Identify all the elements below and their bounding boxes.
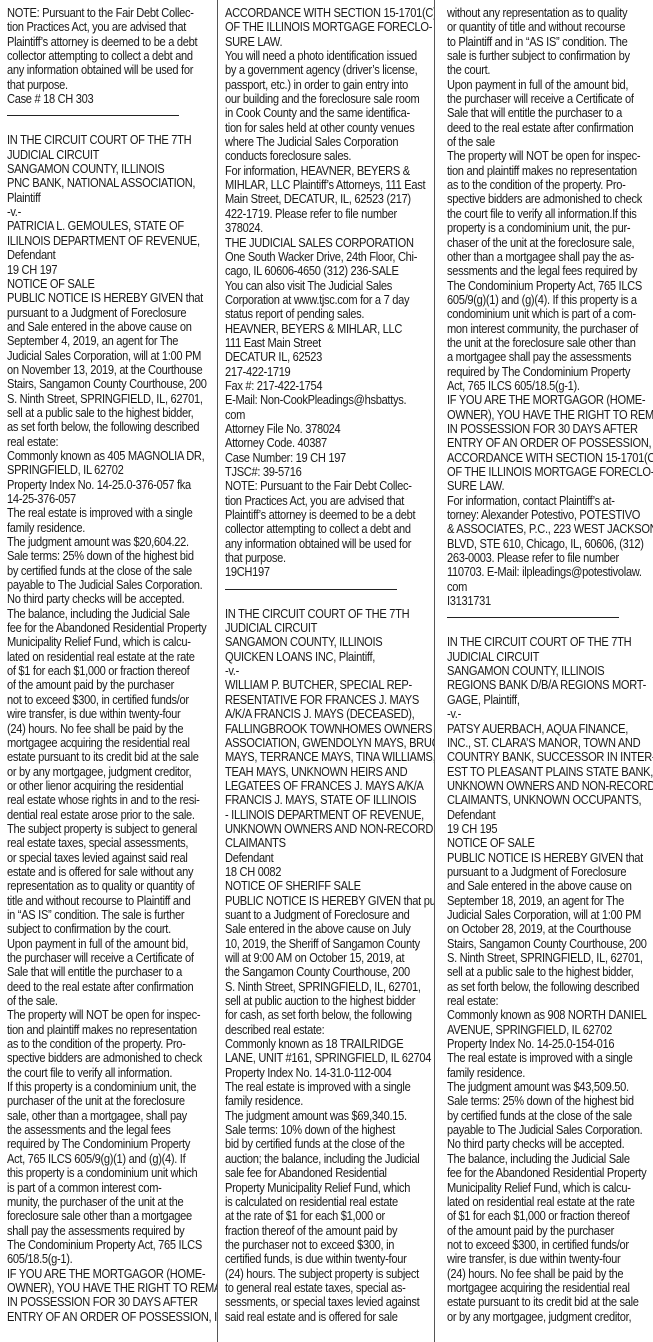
notice-text-line: tion and plaintiff makes no representati…	[447, 164, 650, 178]
notice-text-line: INC., ST. CLARA’S MANOR, TOWN AND	[447, 736, 650, 750]
notice-text-line: 605/9(g)(1) and (g)(4). If this property…	[447, 293, 650, 307]
notice-text-line: or special taxes levied against said rea…	[7, 851, 212, 865]
notice-text-line: 19CH197	[225, 565, 430, 579]
notice-text-line: Corporation at www.tjsc.com for a 7 day	[225, 293, 430, 307]
notice-text-line: sale is further subject to confirmation …	[447, 49, 650, 63]
notice-text-line: The judgment amount was $20,604.22.	[7, 535, 212, 549]
notice-text-line: IN THE CIRCUIT COURT OF THE 7TH	[7, 133, 212, 147]
notice-text-line: the assessments and the legal fees	[7, 1123, 212, 1137]
notice-text-line: said real estate and is offered for sale	[225, 1310, 430, 1324]
notice-text-line: of the amount paid by the purchaser	[7, 678, 212, 692]
notice-text-line: estate pursuant to its credit bid at the…	[447, 1295, 650, 1309]
notice-text-line: payable to The Judicial Sales Corporatio…	[7, 578, 212, 592]
notice-text-line: Judicial Sales Corporation, will at 1:00…	[447, 908, 650, 922]
notice-text-line: not to exceed $300, in certified funds/o…	[447, 1238, 650, 1252]
notice-text-line: -v.-	[447, 707, 650, 721]
notice-text-line: the purchaser will receive a Certificate…	[7, 951, 212, 965]
notice-text-line: the purchaser will receive a Certificate…	[447, 92, 650, 106]
notice-text-line: wire transfer, is due within twenty-four	[7, 707, 212, 721]
notice-text-line: family residence.	[447, 1066, 650, 1080]
notice-text-line: The property will NOT be open for inspec…	[447, 149, 650, 163]
notice-text-line: sessments and the legal fees required by	[447, 264, 650, 278]
notice-text-line: LANE, UNIT #161, SPRINGFIELD, IL 62704	[225, 1051, 430, 1065]
notice-text-line: 422-1719. Please refer to file number	[225, 207, 430, 221]
notice-text-line: this property is a condominium unit whic…	[7, 1166, 212, 1180]
notice-text-line: Attorney File No. 378024	[225, 422, 430, 436]
notice-text-line: that purpose.	[225, 551, 430, 565]
notice-text-line: spective bidders are admonished to check	[7, 1051, 212, 1065]
notice-text-line: Defendant	[225, 851, 430, 865]
notice-text-line: JUDICIAL CIRCUIT	[7, 148, 212, 162]
notice-text-line: Sale that will entitle the purchaser to …	[447, 106, 650, 120]
notice-text-line: SPRINGFIELD, IL 62702	[7, 463, 212, 477]
notice-text-line: 378024.	[225, 221, 430, 235]
notice-text-line: THE JUDICIAL SALES CORPORATION	[225, 236, 430, 250]
notice-text-line: described real estate:	[225, 1023, 430, 1037]
notice-text-line: Judicial Sales Corporation, will at 1:00…	[7, 349, 212, 363]
notice-text-line: Case # 18 CH 303	[7, 92, 212, 106]
notice-text-line: sale, other than a mortgagee, shall pay	[7, 1109, 212, 1123]
notice-text-line: A/K/A FRANCIS J. MAYS (DECEASED),	[225, 707, 430, 721]
notice-text-line: PUBLIC NOTICE IS HEREBY GIVEN that pur-	[225, 894, 430, 908]
notice-text-line: S. Ninth Street, SPRINGFIELD, IL, 62701,	[225, 980, 430, 994]
notice-text-line: of $1 for each $1,000 or fraction thereo…	[7, 664, 212, 678]
notice-text-line: FRANCIS J. MAYS, STATE OF ILLINOIS	[225, 793, 430, 807]
notice-text-line: ASSOCIATION, GWENDOLYN MAYS, BRUCE	[225, 736, 430, 750]
notice-text-line: The balance, including the Judicial Sale	[7, 607, 212, 621]
legal-notice-block: ACCORDANCE WITH SECTION 15-1701(C)OF THE…	[225, 6, 430, 580]
notice-text-line: lated on residential real estate at the …	[7, 650, 212, 664]
notice-text-line: You can also visit The Judicial Sales	[225, 279, 430, 293]
notice-text-line: torney: Alexander Potestivo, POTESTIVO	[447, 508, 650, 522]
notice-text-line: subject to confirmation by the court.	[7, 922, 212, 936]
notice-text-line: condominium unit which is part of a com-	[447, 307, 650, 321]
notice-text-line: IF YOU ARE THE MORTGAGOR (HOME-	[7, 1267, 212, 1281]
notice-text-line: NOTE: Pursuant to the Fair Debt Collec-	[7, 6, 212, 20]
notice-text-line: Property Index No. 14-25.0-154-016	[447, 1037, 650, 1051]
notice-text-line: The balance, including the Judicial Sale	[447, 1152, 650, 1166]
notice-text-line: The judgment amount was $69,340.15.	[225, 1109, 430, 1123]
notice-text-line: as to the condition of the property. Pro…	[7, 1037, 212, 1051]
notice-text-line: required by The Condominium Property	[447, 365, 650, 379]
notice-text-line: or other lienor acquiring the residentia…	[7, 779, 212, 793]
notice-text-line: 14-25-376-057	[7, 492, 212, 506]
notice-text-line: OWNER), YOU HAVE THE RIGHT TO REMAIN	[447, 408, 650, 422]
notice-text-line: MAYS, TERRANCE MAYS, TINA WILLIAMS,	[225, 750, 430, 764]
notice-text-line: dential real estate arose prior to the s…	[7, 808, 212, 822]
notice-text-line: is calculated on residential real estate	[225, 1195, 430, 1209]
notice-text-line: suant to a Judgment of Foreclosure and	[225, 908, 430, 922]
notice-text-line: sessments, or special taxes levied again…	[225, 1295, 430, 1309]
notice-text-line: chaser of the unit at the foreclosure sa…	[447, 236, 650, 250]
notice-text-line: by certified funds at the close of the s…	[447, 1109, 650, 1123]
notice-text-line: SANGAMON COUNTY, ILLINOIS	[225, 635, 430, 649]
notice-text-line: QUICKEN LOANS INC, Plaintiff,	[225, 650, 430, 664]
notice-text-line: I3131731	[447, 594, 650, 608]
notice-text-line: tion and plaintiff makes no representati…	[7, 1023, 212, 1037]
notice-text-line: The Condominium Property Act, 765 ILCS	[447, 279, 650, 293]
notice-text-line: title and without recourse to Plaintiff …	[7, 894, 212, 908]
notice-text-line: wire transfer, is due within twenty-four	[447, 1252, 650, 1266]
notice-text-line: ENTRY OF AN ORDER OF POSSESSION, IN	[7, 1310, 212, 1324]
notice-text-line: (24) hours. The subject property is subj…	[225, 1267, 430, 1281]
notice-text-line: Property Municipality Relief Fund, which	[225, 1181, 430, 1195]
notice-text-line: 18 CH 0082	[225, 865, 430, 879]
notice-text-line: lated on residential real estate at the …	[447, 1195, 650, 1209]
notice-text-line: NOTICE OF SHERIFF SALE	[225, 879, 430, 893]
notice-separator	[447, 617, 619, 618]
notice-text-line: No third party checks will be accepted.	[7, 592, 212, 606]
notice-text-line: Plaintiff’s attorney is deemed to be a d…	[7, 35, 212, 49]
notice-text-line: REGIONS BANK D/B/A REGIONS MORT-	[447, 678, 650, 692]
notice-text-line: mortgagee acquiring the residential real	[7, 736, 212, 750]
notice-text-line: Defendant	[7, 248, 212, 262]
notice-text-line: of the sale.	[7, 994, 212, 1008]
notice-text-line: munity, the purchaser of the unit at the	[7, 1195, 212, 1209]
notice-text-line: (24) hours. No fee shall be paid by the	[7, 722, 212, 736]
notice-text-line: Main Street, DECATUR, IL, 62523 (217)	[225, 192, 430, 206]
notice-text-line: on November 13, 2019, at the Courthouse	[7, 363, 212, 377]
notice-text-line: of the sale	[447, 135, 650, 149]
column-3-content: without any representation as to quality…	[447, 6, 650, 1324]
notice-text-line: that purpose.	[7, 78, 212, 92]
notice-text-line: any information obtained will be used fo…	[7, 63, 212, 77]
notice-text-line: Sale that will entitle the purchaser to …	[7, 965, 212, 979]
notice-text-line: tion for sales held at other county venu…	[225, 121, 430, 135]
notice-text-line: family residence.	[7, 521, 212, 535]
notice-text-line: Commonly known as 18 TRAILRIDGE	[225, 1037, 430, 1051]
notice-text-line: LEGATEES OF FRANCES J. MAYS A/K/A	[225, 779, 430, 793]
notice-text-line: in “AS IS” condition. The sale is furthe…	[7, 908, 212, 922]
notice-text-line: ENTRY OF AN ORDER OF POSSESSION, IN	[447, 436, 650, 450]
notice-text-line: property is a condominium unit, the pur-	[447, 221, 650, 235]
notice-text-line: Plaintiff’s attorney is deemed to be a d…	[225, 508, 430, 522]
notice-text-line: by a government agency (driver’s license…	[225, 63, 430, 77]
notice-text-line: Fax #: 217-422-1754	[225, 379, 430, 393]
notice-text-line: fee for the Abandoned Residential Proper…	[7, 621, 212, 635]
notice-text-line: certified funds, is due within twenty-fo…	[225, 1252, 430, 1266]
notice-text-line: in Cook County and the same identifica-	[225, 106, 430, 120]
notice-text-line: fraction thereof of the amount paid by	[225, 1224, 430, 1238]
notice-text-line: conducts foreclosure sales.	[225, 149, 430, 163]
notice-text-line: No third party checks will be accepted.	[447, 1137, 650, 1151]
notice-text-line: to Plaintiff and in “AS IS” condition. T…	[447, 35, 650, 49]
notice-text-line: cago, IL 60606-4650 (312) 236-SALE	[225, 264, 430, 278]
notice-text-line: OF THE ILLINOIS MORTGAGE FORECLO-	[447, 465, 650, 479]
legal-notice-block: IN THE CIRCUIT COURT OF THE 7THJUDICIAL …	[225, 607, 430, 1324]
notice-text-line: The real estate is improved with a singl…	[225, 1080, 430, 1094]
notice-text-line: & ASSOCIATES, P.C., 223 WEST JACKSON	[447, 522, 650, 536]
notice-text-line: JUDICIAL CIRCUIT	[447, 650, 650, 664]
notice-text-line: shall pay the assessments required by	[7, 1224, 212, 1238]
notice-text-line: family residence.	[225, 1094, 430, 1108]
notice-text-line: 19 CH 195	[447, 822, 650, 836]
notice-text-line: required by The Condominium Property	[7, 1137, 212, 1151]
notice-text-line: You will need a photo identification iss…	[225, 49, 430, 63]
notice-text-line: com	[447, 580, 650, 594]
notice-text-line: UNKNOWN OWNERS AND NON-RECORD	[225, 822, 430, 836]
notice-text-line: or quantity of title and without recours…	[447, 20, 650, 34]
notice-text-line: estate and is offered for sale without a…	[7, 865, 212, 879]
notice-text-line: Plaintiff	[7, 191, 212, 205]
notice-text-line: IN POSSESSION FOR 30 DAYS AFTER	[447, 422, 650, 436]
notice-text-line: TJSC#: 39-5716	[225, 465, 430, 479]
notice-text-line: (24) hours. No fee shall be paid by the	[447, 1267, 650, 1281]
notice-text-line: 263-0003. Please refer to file number	[447, 551, 650, 565]
column-2-content: ACCORDANCE WITH SECTION 15-1701(C)OF THE…	[225, 6, 430, 1324]
notice-text-line: The property will NOT be open for inspec…	[7, 1008, 212, 1022]
notice-text-line: For information, HEAVNER, BEYERS &	[225, 164, 430, 178]
notice-text-line: of $1 for each $1,000 or fraction thereo…	[447, 1209, 650, 1223]
notice-text-line: Municipality Relief Fund, which is calcu…	[7, 635, 212, 649]
notice-text-line: September 4, 2019, an agent for The	[7, 334, 212, 348]
notice-text-line: SURE LAW.	[225, 35, 430, 49]
notice-text-line: for cash, as set forth below, the follow…	[225, 1008, 430, 1022]
notice-text-line: OF THE ILLINOIS MORTGAGE FORECLO-	[225, 20, 430, 34]
notice-text-line: EST TO PLEASANT PLAINS STATE BANK,	[447, 765, 650, 779]
notice-text-line: Act, 765 ILCS 605/9(g)(1) and (g)(4). If	[7, 1152, 212, 1166]
notice-text-line: by certified funds at the close of the s…	[7, 564, 212, 578]
notice-text-line: or by any mortgagee, judgment creditor,	[7, 765, 212, 779]
notice-text-line: Upon payment in full of the amount bid,	[447, 78, 650, 92]
notice-text-line: Property Index No. 14-31.0-112-004	[225, 1066, 430, 1080]
notice-text-line: tion Practices Act, you are advised that	[7, 20, 212, 34]
notice-text-line: Commonly known as 405 MAGNOLIA DR,	[7, 449, 212, 463]
notice-text-line: FALLINGBROOK TOWNHOMES OWNERS	[225, 722, 430, 736]
notice-text-line: 10, 2019, the Sheriff of Sangamon County	[225, 937, 430, 951]
notice-text-line: The real estate is improved with a singl…	[447, 1051, 650, 1065]
notice-text-line: our building and the foreclosure sale ro…	[225, 92, 430, 106]
notice-text-line: AVENUE, SPRINGFIELD, IL 62702	[447, 1023, 650, 1037]
notice-separator	[7, 115, 179, 116]
notice-text-line: 110703. E-Mail: ilpleadings@potestivolaw…	[447, 565, 650, 579]
notice-text-line: 111 East Main Street	[225, 336, 430, 350]
notice-text-line: One South Wacker Drive, 24th Floor, Chi-	[225, 250, 430, 264]
notice-text-line: real estate:	[7, 435, 212, 449]
notice-text-line: 605/18.5(g-1).	[7, 1252, 212, 1266]
notice-text-line: passport, etc.) in order to gain entry i…	[225, 78, 430, 92]
notice-text-line: will at 9:00 AM on October 15, 2019, at	[225, 951, 430, 965]
notice-text-line: deed to the real estate after confirmati…	[447, 121, 650, 135]
notice-text-line: COUNTRY BANK, SUCCESSOR IN INTER-	[447, 750, 650, 764]
notice-text-line: the purchaser not to exceed $300, in	[225, 1238, 430, 1252]
notice-text-line: SANGAMON COUNTY, ILLINOIS	[447, 664, 650, 678]
notice-text-line: NOTE: Pursuant to the Fair Debt Collec-	[225, 479, 430, 493]
notice-text-line: Sale terms: 10% down of the highest	[225, 1123, 430, 1137]
notice-text-line: WILLIAM P. BUTCHER, SPECIAL REP-	[225, 678, 430, 692]
legal-notices-page: NOTE: Pursuant to the Fair Debt Collec-t…	[0, 0, 653, 1342]
notice-text-line: payable to The Judicial Sales Corporatio…	[447, 1123, 650, 1137]
notice-text-line: sell at public auction to the highest bi…	[225, 994, 430, 1008]
notice-text-line: as set forth below, the following descri…	[447, 980, 650, 994]
notice-text-line: NOTICE OF SALE	[7, 277, 212, 291]
notice-text-line: of the amount paid by the purchaser	[447, 1224, 650, 1238]
notice-text-line: Sale entered in the above cause on July	[225, 922, 430, 936]
notice-text-line: TEAH MAYS, UNKNOWN HEIRS AND	[225, 765, 430, 779]
notice-text-line: DECATUR IL, 62523	[225, 350, 430, 364]
notice-text-line: or by any mortgagee, judgment creditor,	[447, 1310, 650, 1324]
legal-notice-block: IN THE CIRCUIT COURT OF THE 7THJUDICIAL …	[7, 133, 212, 1324]
notice-text-line: PATSY AUERBACH, AQUA FINANCE,	[447, 722, 650, 736]
notice-text-line: Attorney Code. 40387	[225, 436, 430, 450]
notice-text-line: to general real estate taxes, special as…	[225, 1281, 430, 1295]
notice-text-line: Sale terms: 25% down of the highest bid	[447, 1094, 650, 1108]
notice-text-line: any information obtained will be used fo…	[225, 537, 430, 551]
notice-text-line: MIHLAR, LLC Plaintiff’s Attorneys, 111 E…	[225, 178, 430, 192]
notice-text-line: Upon payment in full of the amount bid,	[7, 937, 212, 951]
notice-text-line: tion Practices Act, you are advised that	[225, 494, 430, 508]
notice-text-line: spective bidders are admonished to check	[447, 192, 650, 206]
legal-notice-block: IN THE CIRCUIT COURT OF THE 7THJUDICIAL …	[447, 635, 650, 1324]
notice-text-line: and Sale entered in the above cause on	[447, 879, 650, 893]
notice-text-line: Stairs, Sangamon County Courthouse, 200	[7, 377, 212, 391]
notice-text-line: PATRICIA L. GEMOULES, STATE OF	[7, 219, 212, 233]
notice-text-line: real estate taxes, special assessments,	[7, 836, 212, 850]
notice-text-line: status report of pending sales.	[225, 307, 430, 321]
notice-text-line: the court file to verify all information…	[447, 207, 650, 221]
notice-text-line: purchaser of the unit at the foreclosure	[7, 1094, 212, 1108]
notice-text-line: the court.	[447, 63, 650, 77]
notice-text-line: the Sangamon County Courthouse, 200	[225, 965, 430, 979]
notice-text-line: representation as to quality or quantity…	[7, 879, 212, 893]
notice-text-line: sell at a public sale to the highest bid…	[7, 406, 212, 420]
notice-text-line: IN THE CIRCUIT COURT OF THE 7TH	[225, 607, 430, 621]
notice-text-line: without any representation as to quality	[447, 6, 650, 20]
column-2: ACCORDANCE WITH SECTION 15-1701(C)OF THE…	[218, 0, 435, 1342]
notice-text-line: where The Judicial Sales Corporation	[225, 135, 430, 149]
notice-text-line: S. Ninth Street, SPRINGFIELD, IL, 62701,	[447, 951, 650, 965]
notice-text-line: IN POSSESSION FOR 30 DAYS AFTER	[7, 1295, 212, 1309]
notice-text-line: collector attempting to collect a debt a…	[225, 522, 430, 536]
notice-text-line: Defendant	[447, 808, 650, 822]
notice-text-line: estate pursuant to its credit bid at the…	[7, 750, 212, 764]
notice-text-line: as to the condition of the property. Pro…	[447, 178, 650, 192]
notice-text-line: sell at a public sale to the highest bid…	[447, 965, 650, 979]
notice-text-line: real estate whose rights in and to the r…	[7, 793, 212, 807]
notice-text-line: bid by certified funds at the close of t…	[225, 1137, 430, 1151]
notice-text-line: PUBLIC NOTICE IS HEREBY GIVEN that	[7, 291, 212, 305]
notice-text-line: sale fee for Abandoned Residential	[225, 1166, 430, 1180]
notice-text-line: ACCORDANCE WITH SECTION 15-1701(C)	[225, 6, 430, 20]
notice-text-line: OWNER), YOU HAVE THE RIGHT TO REMAIN	[7, 1281, 212, 1295]
notice-text-line: -v.-	[7, 205, 212, 219]
notice-text-line: If this property is a condominium unit, …	[7, 1080, 212, 1094]
notice-text-line: pursuant to a Judgment of Foreclosure	[7, 306, 212, 320]
notice-text-line: IF YOU ARE THE MORTGAGOR (HOME-	[447, 393, 650, 407]
notice-text-line: real estate:	[447, 994, 650, 1008]
notice-text-line: at the rate of $1 for each $1,000 or	[225, 1209, 430, 1223]
notice-separator	[225, 589, 397, 590]
notice-text-line: Commonly known as 908 NORTH DANIEL	[447, 1008, 650, 1022]
notice-text-line: Act, 765 ILCS 605/18.5(g-1).	[447, 379, 650, 393]
notice-text-line: GAGE, Plaintiff,	[447, 693, 650, 707]
notice-text-line: the court file to verify all information…	[7, 1066, 212, 1080]
notice-text-line: HEAVNER, BEYERS & MIHLAR, LLC	[225, 322, 430, 336]
notice-text-line: BLVD, STE 610, Chicago, IL, 60606, (312)	[447, 537, 650, 551]
notice-text-line: - ILLINOIS DEPARTMENT OF REVENUE,	[225, 808, 430, 822]
notice-text-line: September 18, 2019, an agent for The	[447, 894, 650, 908]
notice-text-line: E-Mail: Non-CookPleadings@hsbattys.	[225, 393, 430, 407]
column-1: NOTE: Pursuant to the Fair Debt Collec-t…	[0, 0, 218, 1342]
notice-text-line: S. Ninth Street, SPRINGFIELD, IL, 62701,	[7, 392, 212, 406]
notice-text-line: mortgagee acquiring the residential real	[447, 1281, 650, 1295]
notice-text-line: Property Index No. 14-25.0-376-057 fka	[7, 478, 212, 492]
notice-text-line: the unit at the foreclosure sale other t…	[447, 336, 650, 350]
notice-text-line: deed to the real estate after confirmati…	[7, 980, 212, 994]
notice-text-line: PNC BANK, NATIONAL ASSOCIATION,	[7, 176, 212, 190]
notice-text-line: CLAIMANTS, UNKNOWN OCCUPANTS,	[447, 793, 650, 807]
legal-notice-block: without any representation as to quality…	[447, 6, 650, 608]
notice-text-line: a mortgagee shall pay the assessments	[447, 350, 650, 364]
notice-text-line: The real estate is improved with a singl…	[7, 506, 212, 520]
notice-text-line: NOTICE OF SALE	[447, 836, 650, 850]
notice-text-line: SURE LAW.	[447, 479, 650, 493]
notice-text-line: mon interest community, the purchaser of	[447, 322, 650, 336]
notice-text-line: For information, contact Plaintiff’s at-	[447, 494, 650, 508]
notice-text-line: as set forth below, the following descri…	[7, 420, 212, 434]
notice-text-line: Stairs, Sangamon County Courthouse, 200	[447, 937, 650, 951]
notice-text-line: auction; the balance, including the Judi…	[225, 1152, 430, 1166]
notice-text-line: ACCORDANCE WITH SECTION 15-1701(C)	[447, 451, 650, 465]
notice-text-line: other than a mortgagee shall pay the as-	[447, 250, 650, 264]
notice-text-line: com	[225, 408, 430, 422]
notice-text-line: Sale terms: 25% down of the highest bid	[7, 549, 212, 563]
notice-text-line: foreclosure sale other than a mortgagee	[7, 1209, 212, 1223]
notice-text-line: fee for the Abandoned Residential Proper…	[447, 1166, 650, 1180]
notice-text-line: RESENTATIVE FOR FRANCES J. MAYS	[225, 693, 430, 707]
notice-text-line: 217-422-1719	[225, 365, 430, 379]
notice-text-line: The subject property is subject to gener…	[7, 822, 212, 836]
notice-text-line: 19 CH 197	[7, 263, 212, 277]
notice-text-line: collector attempting to collect a debt a…	[7, 49, 212, 63]
notice-text-line: on October 28, 2019, at the Courthouse	[447, 922, 650, 936]
notice-text-line: is part of a common interest com-	[7, 1181, 212, 1195]
notice-text-line: UNKNOWN OWNERS AND NON-RECORD	[447, 779, 650, 793]
column-1-content: NOTE: Pursuant to the Fair Debt Collec-t…	[7, 6, 212, 1324]
notice-text-line: The judgment amount was $43,509.50.	[447, 1080, 650, 1094]
notice-text-line: PUBLIC NOTICE IS HEREBY GIVEN that	[447, 851, 650, 865]
notice-text-line: IN THE CIRCUIT COURT OF THE 7TH	[447, 635, 650, 649]
notice-text-line: JUDICIAL CIRCUIT	[225, 621, 430, 635]
notice-text-line: CLAIMANTS	[225, 836, 430, 850]
notice-text-line: Case Number: 19 CH 197	[225, 451, 430, 465]
notice-text-line: pursuant to a Judgment of Foreclosure	[447, 865, 650, 879]
column-3: without any representation as to quality…	[435, 0, 653, 1342]
notice-text-line: ILILNOIS DEPARTMENT OF REVENUE,	[7, 234, 212, 248]
notice-text-line: Municipality Relief Fund, which is calcu…	[447, 1181, 650, 1195]
notice-text-line: -v.-	[225, 664, 430, 678]
notice-text-line: and Sale entered in the above cause on	[7, 320, 212, 334]
notice-text-line: The Condominium Property Act, 765 ILCS	[7, 1238, 212, 1252]
legal-notice-block: NOTE: Pursuant to the Fair Debt Collec-t…	[7, 6, 212, 106]
notice-text-line: not to exceed $300, in certified funds/o…	[7, 693, 212, 707]
notice-text-line: SANGAMON COUNTY, ILLINOIS	[7, 162, 212, 176]
